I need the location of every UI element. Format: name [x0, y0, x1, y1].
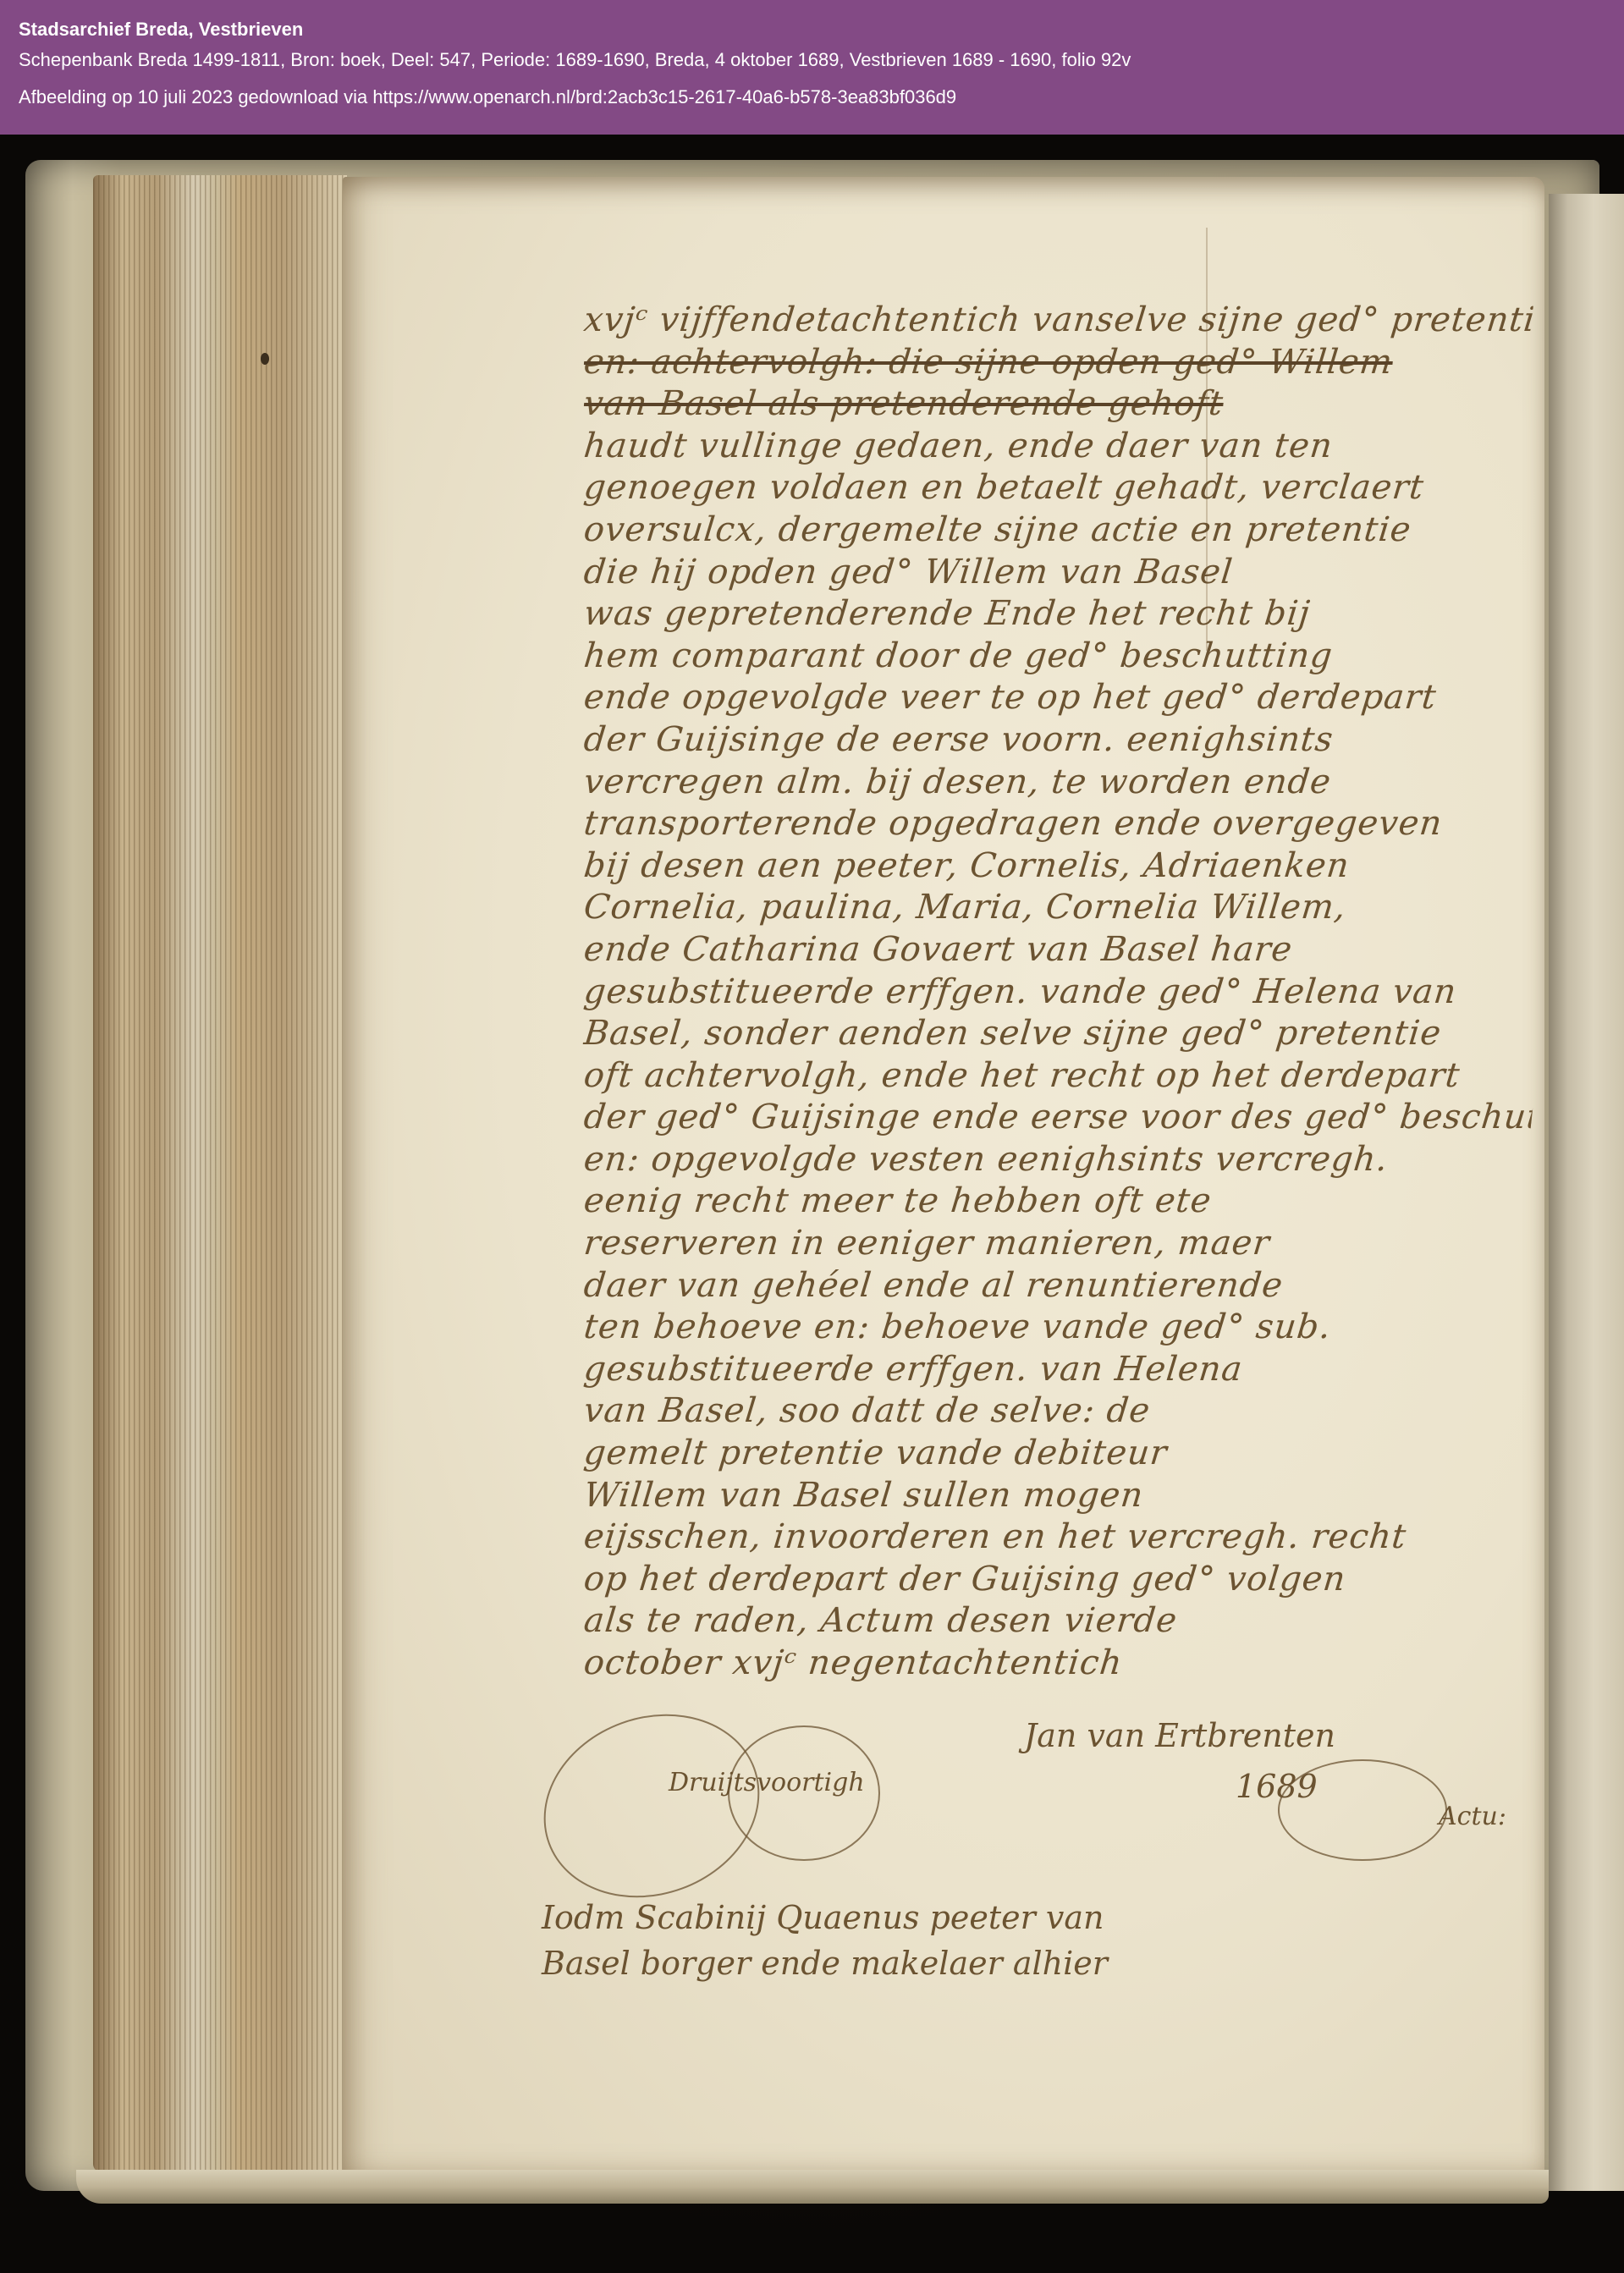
manuscript-line: gesubstitueerde erffgen. vande ged° Hele…	[581, 971, 1533, 1014]
record-description: Schepenbank Breda 1499-1811, Bron: boek,…	[19, 47, 1605, 85]
manuscript-line: vercregen alm. bij desen, te worden ende	[581, 762, 1533, 804]
manuscript-line: gemelt pretentie vande debiteur	[581, 1433, 1533, 1475]
manuscript-line: als te raden, Actum desen vierde	[581, 1600, 1533, 1643]
witness-signature: Druijtsvoortigh	[669, 1768, 865, 1797]
manuscript-line: Cornelia, paulina, Maria, Cornelia Wille…	[581, 887, 1533, 929]
book-page-stack	[93, 175, 347, 2172]
manuscript-line: en: opgevolgde vesten eenighsints vercre…	[581, 1139, 1533, 1181]
archive-title: Stadsarchief Breda, Vestbrieven	[19, 17, 1605, 47]
document-scan: xvjᶜ vijffendetachtentich vanselve sijne…	[0, 135, 1624, 2273]
manuscript-line: daer van gehéel ende al renuntierende	[581, 1265, 1533, 1307]
manuscript-line-struck: van Basel als pretenderende gehoft	[581, 383, 1533, 426]
closing-line: Iodm Scabinij Quaenus peeter van	[542, 1895, 1540, 1940]
facing-page-edge	[1549, 194, 1624, 2191]
manuscript-line: der ged° Guijsinge ende eerse voor des g…	[581, 1097, 1533, 1139]
book-cover-bottom-edge	[76, 2170, 1549, 2204]
manuscript-line: der Guijsinge de eerse voorn. eenighsint…	[581, 719, 1533, 762]
manuscript-line: oft achtervolgh, ende het recht op het d…	[581, 1055, 1533, 1098]
manuscript-line: Basel, sonder aenden selve sijne ged° pr…	[581, 1013, 1533, 1055]
manuscript-line: haudt vullinge gedaen, ende daer van ten	[581, 426, 1533, 468]
closing-line: Basel borger ende makelaer alhier	[542, 1940, 1540, 1986]
manuscript-line: van Basel, soo datt de selve: de	[581, 1390, 1533, 1433]
download-note: Afbeelding op 10 juli 2023 gedownload vi…	[19, 85, 1605, 122]
manuscript-line: genoegen voldaen en betaelt gehadt, verc…	[581, 467, 1533, 509]
manuscript-line-struck: en: achtervolgh: die sijne opden ged° Wi…	[581, 342, 1533, 384]
manuscript-line: die hij opden ged° Willem van Basel	[581, 552, 1533, 594]
clerk-signature: Jan van Ertbrenten	[1024, 1717, 1335, 1754]
margin-annotation: Actu:	[1439, 1802, 1506, 1831]
manuscript-line: hem comparant door de ged° beschutting	[581, 636, 1533, 678]
manuscript-line: Willem van Basel sullen mogen	[581, 1475, 1533, 1517]
manuscript-line: ende Catharina Govaert van Basel hare	[581, 929, 1533, 971]
manuscript-line: oversulcx, dergemelte sijne actie en pre…	[581, 509, 1533, 552]
manuscript-line: was gepretenderende Ende het recht bij	[581, 593, 1533, 636]
manuscript-line: op het derdepart der Guijsing ged° volge…	[581, 1559, 1533, 1601]
archive-metadata-header: Stadsarchief Breda, Vestbrieven Schepenb…	[0, 0, 1624, 135]
clerk-signature-year: 1689	[1236, 1768, 1318, 1805]
manuscript-line: october xvjᶜ negentachtentich	[581, 1643, 1533, 1685]
manuscript-line: xvjᶜ vijffendetachtentich vanselve sijne…	[581, 300, 1533, 342]
manuscript-line: eijsschen, invoorderen en het vercregh. …	[581, 1516, 1533, 1559]
manuscript-line: ten behoeve en: behoeve vande ged° sub.	[581, 1307, 1533, 1349]
manuscript-line: bij desen aen peeter, Cornelis, Adriaenk…	[581, 845, 1533, 888]
manuscript-line: gesubstitueerde erffgen. van Helena	[581, 1349, 1533, 1391]
ink-spot	[261, 353, 269, 365]
manuscript-line: eenig recht meer te hebben oft ete	[581, 1181, 1533, 1223]
manuscript-line: ende opgevolgde veer te op het ged° derd…	[581, 677, 1533, 719]
handwritten-text-body: xvjᶜ vijffendetachtentich vanselve sijne…	[584, 300, 1532, 1685]
closing-signatories: Iodm Scabinij Quaenus peeter van Basel b…	[542, 1895, 1540, 2030]
manuscript-line: reserveren in eeniger manieren, maer	[581, 1223, 1533, 1265]
manuscript-line: transporterende opgedragen ende overgege…	[581, 803, 1533, 845]
